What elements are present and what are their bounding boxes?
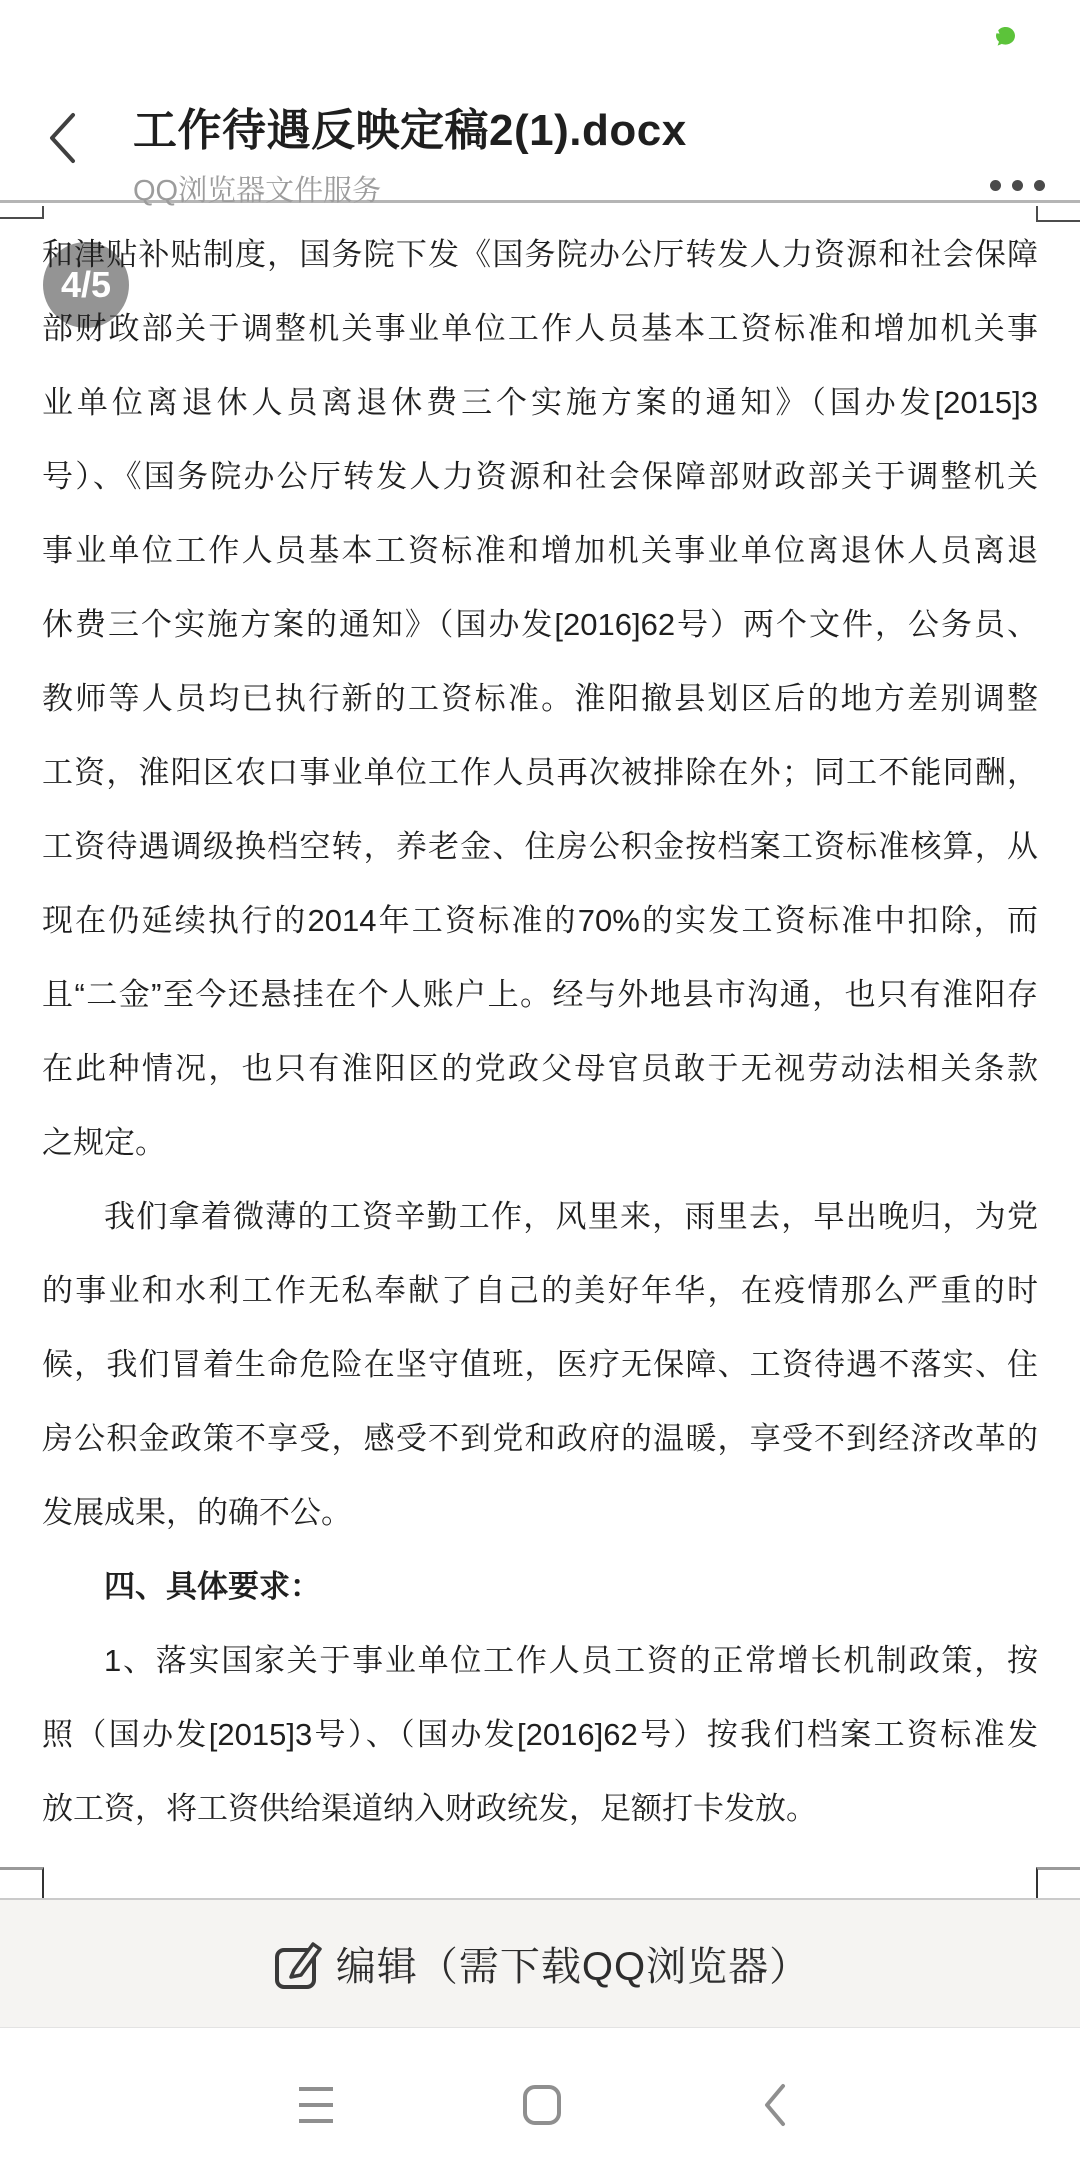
screen: 工作待遇反映定稿2(1).docx QQ浏览器文件服务 4/5 和津贴补贴制度，… bbox=[0, 0, 1080, 2160]
back-button[interactable] bbox=[28, 98, 98, 178]
nav-back-icon bbox=[763, 2081, 787, 2129]
file-service-subtitle: QQ浏览器文件服务 bbox=[133, 168, 933, 209]
status-bar bbox=[0, 0, 1080, 50]
doc-heading-line: 四、具体要求： bbox=[42, 1550, 1038, 1624]
doc-line: 之规定。 bbox=[42, 1106, 1038, 1180]
doc-line: 事业单位工作人员基本工资标准和增加机关事业单位离退休人员离退 bbox=[42, 514, 1038, 588]
page-corner-mark-top-right bbox=[1036, 206, 1080, 222]
edit-bar: 编辑（需下载QQ浏览器） bbox=[0, 1898, 1080, 2028]
doc-line: 号）、《国务院办公厅转发人力资源和社会保障部财政部关于调整机关 bbox=[42, 440, 1038, 514]
doc-line: 我们拿着微薄的工资辛勤工作，风里来，雨里去，早出晚归，为党 bbox=[42, 1180, 1038, 1254]
recents-icon bbox=[298, 2085, 334, 2125]
page-corner-mark-bottom-right bbox=[1036, 1867, 1080, 1898]
app-header: 工作待遇反映定稿2(1).docx QQ浏览器文件服务 bbox=[0, 50, 1080, 203]
doc-line: 的事业和水利工作无私奉献了自己的美好年华，在疫情那么严重的时 bbox=[42, 1254, 1038, 1328]
edit-button-label: 编辑（需下载QQ浏览器） bbox=[336, 1935, 810, 1992]
home-icon bbox=[522, 2084, 562, 2126]
doc-line: 教师等人员均已执行新的工资标准。淮阳撤县划区后的地方差别调整 bbox=[42, 662, 1038, 736]
doc-line: 1、落实国家关于事业单位工作人员工资的正常增长机制政策，按 bbox=[42, 1624, 1038, 1698]
doc-line: 且“二金”至今还悬挂在个人账户上。经与外地县市沟通，也只有淮阳存 bbox=[42, 958, 1038, 1032]
doc-line: 部财政部关于调整机关事业单位工作人员基本工资标准和增加机关事 bbox=[42, 292, 1038, 366]
doc-line: 和津贴补贴制度，国务院下发《国务院办公厅转发人力资源和社会保障 bbox=[42, 218, 1038, 292]
header-titles: 工作待遇反映定稿2(1).docx QQ浏览器文件服务 bbox=[133, 94, 933, 209]
doc-line: 休费三个实施方案的通知》（国办发[2016]62号）两个文件，公务员、 bbox=[42, 588, 1038, 662]
more-icon-dot bbox=[990, 180, 1001, 191]
doc-line: 业单位离退休人员离退休费三个实施方案的通知》（国办发[2015]3 bbox=[42, 366, 1038, 440]
file-title: 工作待遇反映定稿2(1).docx bbox=[133, 94, 933, 158]
more-icon-dot bbox=[1034, 180, 1045, 191]
doc-line: 工资，淮阳区农口事业单位工作人员再次被排除在外；同工不能同酬， bbox=[42, 736, 1038, 810]
home-button[interactable] bbox=[482, 2060, 602, 2150]
android-nav-bar bbox=[0, 2028, 1080, 2160]
document-text: 和津贴补贴制度，国务院下发《国务院办公厅转发人力资源和社会保障部财政部关于调整机… bbox=[42, 218, 1038, 1846]
wechat-message-icon bbox=[995, 26, 1015, 47]
doc-line: 现在仍延续执行的2014年工资标准的70%的实发工资标准中扣除，而 bbox=[42, 884, 1038, 958]
doc-line: 在此种情况，也只有淮阳区的党政父母官员敢于无视劳动法相关条款 bbox=[42, 1032, 1038, 1106]
doc-line: 放工资，将工资供给渠道纳入财政统发，足额打卡发放。 bbox=[42, 1772, 1038, 1846]
doc-line: 候，我们冒着生命危险在坚守值班，医疗无保障、工资待遇不落实、住 bbox=[42, 1328, 1038, 1402]
doc-line: 房公积金政策不享受，感受不到党和政府的温暖，享受不到经济改革的 bbox=[42, 1402, 1038, 1476]
doc-line: 发展成果，的确不公。 bbox=[42, 1476, 1038, 1550]
edit-icon bbox=[270, 1935, 326, 1993]
page-corner-mark-top-left bbox=[0, 206, 44, 219]
edit-button[interactable]: 编辑（需下载QQ浏览器） bbox=[270, 1935, 810, 1993]
more-icon-dot bbox=[1012, 180, 1023, 191]
page-corner-mark-bottom-left bbox=[0, 1867, 44, 1898]
nav-back-button[interactable] bbox=[715, 2060, 835, 2150]
doc-line: 照（国办发[2015]3号）、（国办发[2016]62号）按我们档案工资标准发 bbox=[42, 1698, 1038, 1772]
document-viewport[interactable]: 4/5 和津贴补贴制度，国务院下发《国务院办公厅转发人力资源和社会保障部财政部关… bbox=[0, 206, 1080, 1898]
doc-line: 工资待遇调级换档空转，养老金、住房公积金按档案工资标准核算，从 bbox=[42, 810, 1038, 884]
back-icon bbox=[43, 108, 83, 168]
recents-button[interactable] bbox=[256, 2060, 376, 2150]
